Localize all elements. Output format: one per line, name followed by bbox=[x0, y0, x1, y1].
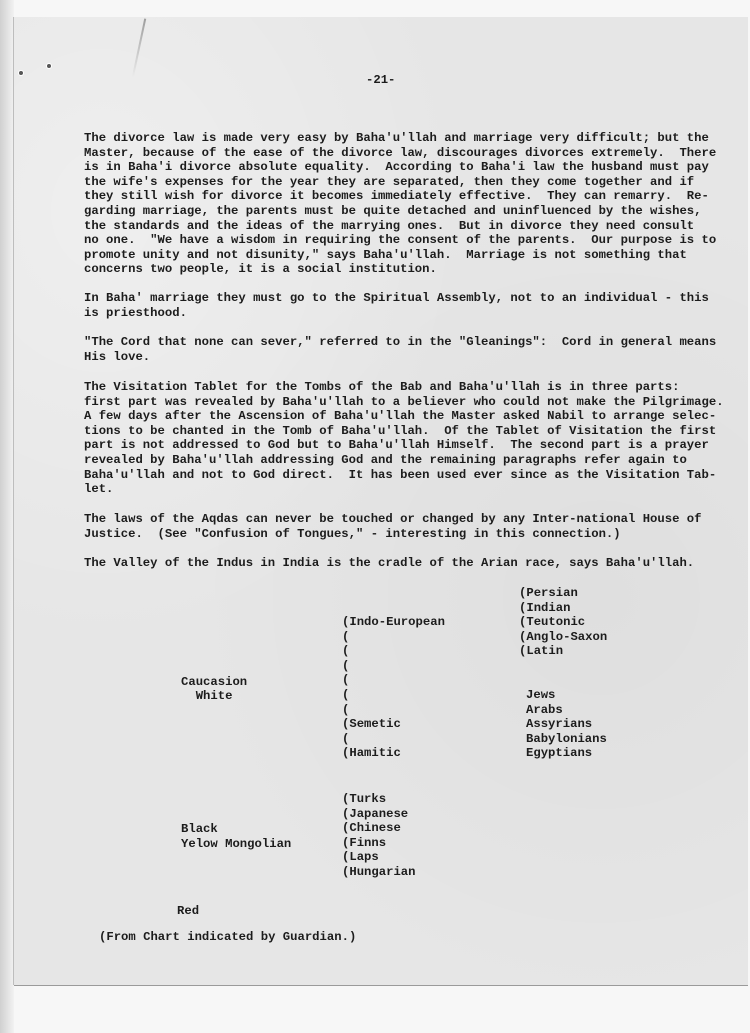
subgroup-label: Assyrians bbox=[526, 717, 592, 732]
text-line: is in Baha'i divorce absolute equality. … bbox=[84, 160, 709, 175]
branch-label: ( bbox=[342, 644, 349, 659]
subgroup-label: (Turks bbox=[342, 792, 386, 807]
branch-label: ( bbox=[342, 630, 349, 645]
text-line: garding marriage, the parents must be qu… bbox=[84, 204, 702, 219]
branch-label: ( bbox=[342, 673, 349, 688]
text-line: In Baha' marriage they must go to the Sp… bbox=[84, 291, 709, 306]
race-label: Yelow Mongolian bbox=[181, 837, 291, 852]
race-label: Red bbox=[177, 904, 199, 919]
text-line: Baha'u'llah and not to God direct. It ha… bbox=[84, 468, 716, 483]
race-label: Caucasion bbox=[181, 675, 247, 690]
text-line: the standards and the ideas of the marry… bbox=[84, 219, 694, 234]
subgroup-label: (Teutonic bbox=[519, 615, 585, 630]
text-line: The Visitation Tablet for the Tombs of t… bbox=[84, 380, 679, 395]
branch-label: ( bbox=[342, 688, 349, 703]
text-line: The laws of the Aqdas can never be touch… bbox=[84, 512, 702, 527]
subgroup-label: (Anglo-Saxon bbox=[519, 630, 607, 645]
text-line: promote unity and not disunity," says Ba… bbox=[84, 248, 687, 263]
text-line: they still wish for divorce it becomes i… bbox=[84, 189, 709, 204]
subgroup-label: Jews bbox=[526, 688, 555, 703]
branch-label: (Indo-European bbox=[342, 615, 445, 630]
race-label: Black bbox=[181, 822, 218, 837]
subgroup-label: (Japanese bbox=[342, 807, 408, 822]
subgroup-label: (Laps bbox=[342, 850, 379, 865]
page-number: -21- bbox=[366, 73, 395, 88]
text-line: the wife's expenses for the year they ar… bbox=[84, 175, 694, 190]
subgroup-label: (Finns bbox=[342, 836, 386, 851]
punch-hole-mark bbox=[46, 63, 52, 69]
text-line: The divorce law is made very easy by Bah… bbox=[84, 131, 709, 146]
text-line: tions to be chanted in the Tomb of Baha'… bbox=[84, 424, 716, 439]
race-label: White bbox=[181, 689, 232, 704]
text-line: His love. bbox=[84, 350, 150, 365]
subgroup-label: (Indian bbox=[519, 601, 570, 616]
text-line: "The Cord that none can sever," referred… bbox=[84, 335, 716, 350]
scanner-edge bbox=[0, 0, 14, 1033]
text-line: part is not addressed to God but to Baha… bbox=[84, 438, 709, 453]
subgroup-label: Babylonians bbox=[526, 732, 607, 747]
text-line: Justice. (See "Confusion of Tongues," - … bbox=[84, 527, 621, 542]
chart-footnote: (From Chart indicated by Guardian.) bbox=[99, 930, 356, 945]
text-line: first part was revealed by Baha'u'llah t… bbox=[84, 395, 724, 410]
text-line: Master, because of the ease of the divor… bbox=[84, 146, 716, 161]
punch-hole-mark bbox=[18, 70, 24, 76]
text-line: is priesthood. bbox=[84, 306, 187, 321]
text-line: let. bbox=[84, 482, 113, 497]
branch-label: ( bbox=[342, 659, 349, 674]
subgroup-label: (Latin bbox=[519, 644, 563, 659]
subgroup-label: (Chinese bbox=[342, 821, 401, 836]
text-line: concerns two people, it is a social inst… bbox=[84, 262, 437, 277]
subgroup-label: (Hungarian bbox=[342, 865, 416, 880]
text-line: A few days after the Ascension of Baha'u… bbox=[84, 409, 716, 424]
text-line: The Valley of the Indus in India is the … bbox=[84, 556, 694, 571]
text-line: no one. "We have a wisdom in requiring t… bbox=[84, 233, 716, 248]
branch-label: ( bbox=[342, 732, 349, 747]
subgroup-label: Egyptians bbox=[526, 746, 592, 761]
branch-label: (Semetic bbox=[342, 717, 401, 732]
subgroup-label: Arabs bbox=[526, 703, 563, 718]
text-line: revealed by Baha'u'llah addressing God a… bbox=[84, 453, 687, 468]
branch-label: ( bbox=[342, 703, 349, 718]
branch-label: (Hamitic bbox=[342, 746, 401, 761]
subgroup-label: (Persian bbox=[519, 586, 578, 601]
